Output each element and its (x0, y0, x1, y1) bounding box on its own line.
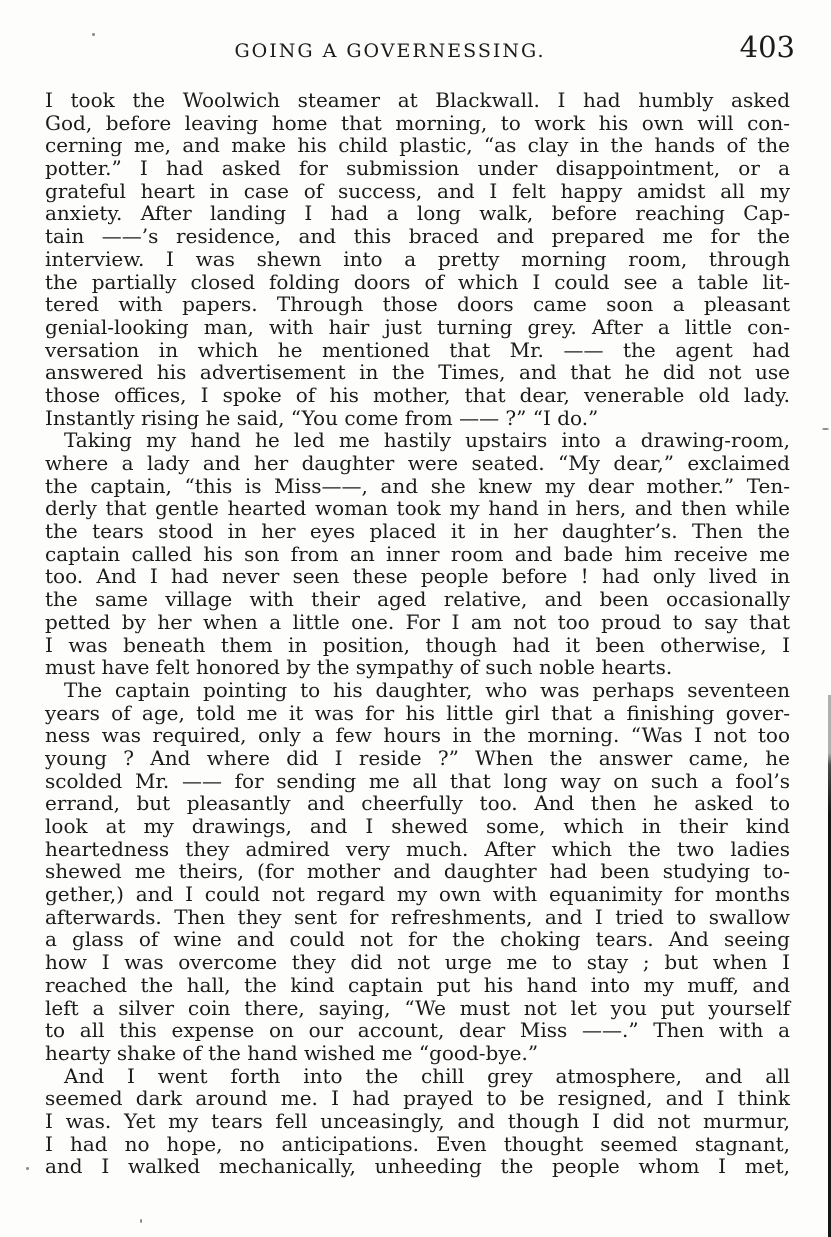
text-line: hearty shake of the hand wished me “good… (45, 1042, 790, 1065)
text-line: those offices, I spoke of his mother, th… (45, 384, 790, 407)
text-line: seemed dark around me. I had prayed to b… (45, 1087, 790, 1110)
scan-speck (140, 1219, 142, 1223)
running-title: GOING A GOVERNESSING. (0, 40, 780, 62)
scan-speck (26, 1167, 29, 1170)
text-line: I took the Woolwich steamer at Blackwall… (45, 89, 790, 112)
text-line: left a silver coin there, saying, “We mu… (45, 997, 790, 1020)
paragraph: Taking my hand he led me hastily upstair… (45, 429, 790, 679)
page-header: GOING A GOVERNESSING. 403 (0, 36, 831, 70)
text-line: too. And I had never seen these people b… (45, 565, 790, 588)
text-line: years of age, told me it was for his lit… (45, 702, 790, 725)
text-line: gether,) and I could not regard my own w… (45, 883, 790, 906)
text-line: God, before leaving home that morning, t… (45, 112, 790, 135)
text-line: I was beneath them in position, though h… (45, 634, 790, 657)
text-line: petted by her when a little one. For I a… (45, 611, 790, 634)
text-line: tain ——’s residence, and this braced and… (45, 225, 790, 248)
text-line: derly that gentle hearted woman took my … (45, 497, 790, 520)
text-line: shewed me theirs, (for mother and daught… (45, 860, 790, 883)
book-page: GOING A GOVERNESSING. 403 I took the Woo… (0, 0, 831, 1237)
text-line: I was. Yet my tears fell unceasingly, an… (45, 1110, 790, 1133)
text-line: must have felt honored by the sympathy o… (45, 656, 790, 679)
text-line: tered with papers. Through those doors c… (45, 293, 790, 316)
text-line: reached the hall, the kind captain put h… (45, 974, 790, 997)
paragraph: And I went forth into the chill grey atm… (45, 1065, 790, 1178)
body-text: I took the Woolwich steamer at Blackwall… (45, 89, 790, 1178)
text-line: ness was required, only a few hours in t… (45, 724, 790, 747)
text-line: grateful heart in case of success, and I… (45, 180, 790, 203)
text-line: interview. I was shewn into a pretty mor… (45, 248, 790, 271)
text-line: errand, but pleasantly and cheerfully to… (45, 792, 790, 815)
text-line: look at my drawings, and I shewed some, … (45, 815, 790, 838)
text-line: And I went forth into the chill grey atm… (45, 1065, 790, 1088)
text-line: genial-looking man, with hair just turni… (45, 316, 790, 339)
text-line: where a lady and her daughter were seate… (45, 452, 790, 475)
paragraph: I took the Woolwich steamer at Blackwall… (45, 89, 790, 429)
text-line: Taking my hand he led me hastily upstair… (45, 429, 790, 452)
page-number: 403 (740, 32, 795, 64)
text-line: anxiety. After landing I had a long walk… (45, 202, 790, 225)
text-line: the tears stood in her eyes placed it in… (45, 520, 790, 543)
scan-speck (822, 428, 829, 430)
text-line: and I walked mechanically, unheeding the… (45, 1155, 790, 1178)
paragraph: The captain pointing to his daughter, wh… (45, 679, 790, 1065)
text-line: the captain, “this is Miss——, and she kn… (45, 475, 790, 498)
text-line: captain called his son from an inner roo… (45, 543, 790, 566)
text-line: versation in which he mentioned that Mr.… (45, 339, 790, 362)
text-line: how I was overcome they did not urge me … (45, 951, 790, 974)
text-line: The captain pointing to his daughter, wh… (45, 679, 790, 702)
text-line: potter.” I had asked for submission unde… (45, 157, 790, 180)
text-line: the same village with their aged relativ… (45, 588, 790, 611)
text-line: the partially closed folding doors of wh… (45, 271, 790, 294)
text-line: scolded Mr. —— for sending me all that l… (45, 770, 790, 793)
text-line: heartedness they admired very much. Afte… (45, 838, 790, 861)
text-line: young ? And where did I reside ?” When t… (45, 747, 790, 770)
text-line: I had no hope, no anticipations. Even th… (45, 1133, 790, 1156)
text-line: answered his advertisement in the Times,… (45, 361, 790, 384)
text-line: cerning me, and make his child plastic, … (45, 134, 790, 157)
text-line: to all this expense on our account, dear… (45, 1019, 790, 1042)
text-line: afterwards. Then they sent for refreshme… (45, 906, 790, 929)
text-line: a glass of wine and could not for the ch… (45, 928, 790, 951)
scan-speck (92, 33, 95, 36)
text-line: Instantly rising he said, “You come from… (45, 407, 790, 430)
